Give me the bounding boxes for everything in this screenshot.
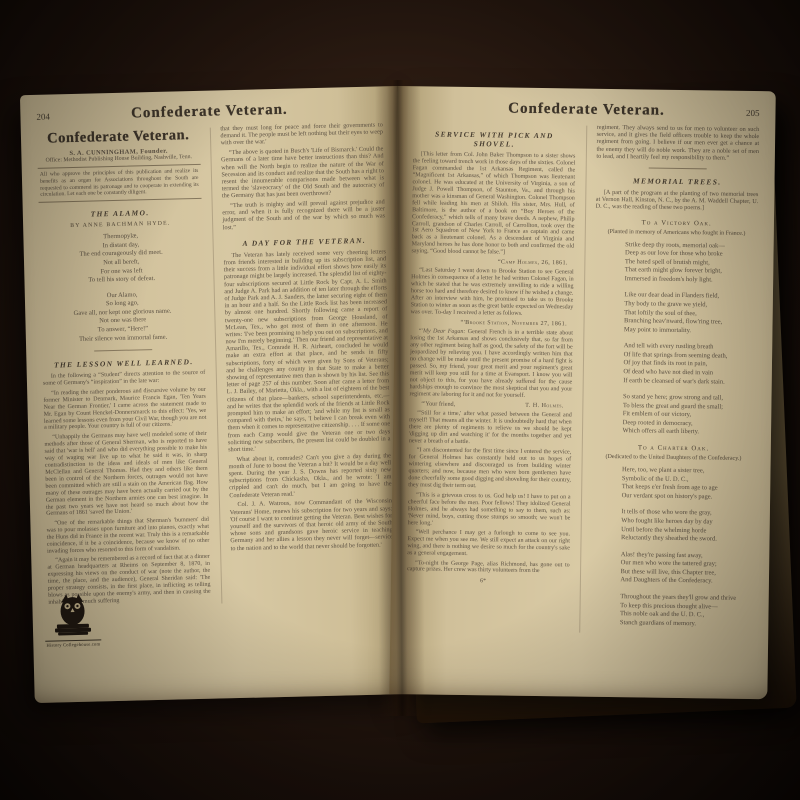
letter-dateline: “'Brooke Station, November 27, 1861.	[410, 319, 567, 327]
alamo-stanza: Our Alamo, So long ago, Gave all, nor ke…	[41, 290, 205, 345]
right-column-1: SERVICE WITH PICK AND SHOVEL. [This lett…	[406, 121, 576, 635]
charter-oak-note: (Dedicated to the United Daughters of th…	[592, 454, 755, 462]
owl-on-books-icon	[51, 592, 94, 639]
right-running-head: Confederate Veteran.	[447, 100, 725, 121]
paragraph: “The truth is mighty and will prevail ag…	[222, 198, 385, 231]
left-running-head: Confederate Veteran.	[70, 100, 348, 124]
editor-intro: [This letter from Col. John Baker Thomps…	[411, 151, 575, 258]
section-divider	[648, 167, 706, 169]
letter-salutation: “'My Dear Fagan:	[418, 328, 465, 335]
charter-oak-stanza: Here, too, we plant a sister tree, Symbo…	[622, 466, 755, 502]
victory-oak-note: (Planted in memory of Americans who foug…	[595, 228, 758, 236]
left-page-number: 204	[36, 111, 70, 122]
letter-paragraph: “To-night the George Page, alias Richmon…	[407, 560, 570, 576]
victory-oak-title: To a Victory Oak.	[595, 218, 758, 227]
day-paragraph: The Veteran has lately received some ver…	[223, 248, 390, 453]
day-paragraph: What about it, comrades? Can't you give …	[228, 452, 392, 499]
day-paragraph: Col. J. A. Watrous, now Commandant of th…	[229, 498, 393, 552]
signature-closing: “'Your friend,	[421, 400, 455, 407]
letter-paragraph: “Last Saturday I went down to Brooke Sta…	[411, 268, 574, 319]
victory-oak-stanza: So stand ye here; grow strong and tall, …	[622, 393, 755, 438]
masthead-notice: All who approve the principles of this p…	[38, 164, 201, 203]
lesson-heading: THE LESSON WELL LEARNED.	[42, 357, 205, 370]
section-divider	[94, 349, 152, 351]
charter-oak-stanza: Alas! they're passing fast away, Our men…	[620, 551, 753, 587]
left-column-1: Confederate Veteran. S. A. CUNNINGHAM, F…	[37, 126, 211, 609]
memorial-trees-intro: [A part of the program at the planting o…	[596, 189, 759, 213]
letter-paragraph: “This is a grievous cross to us. God hel…	[408, 492, 571, 529]
footnote-mark: 6*	[480, 579, 569, 586]
column-rule	[579, 126, 587, 633]
day-for-veteran-heading: A DAY FOR THE VETERAN.	[223, 235, 386, 248]
right-column-2: regiment. They always send to us for men…	[590, 124, 760, 638]
pick-shovel-heading: SERVICE WITH PICK AND SHOVEL.	[413, 129, 576, 149]
letter-body: General French is in a terrible state ab…	[409, 329, 572, 398]
victory-oak-stanza: And tell with every rustling breath Of l…	[623, 342, 756, 387]
alamo-heading: THE ALAMO.	[39, 207, 202, 220]
right-page: Confederate Veteran. 205 SERVICE WITH PI…	[389, 86, 775, 699]
masthead-title: Confederate Veteran.	[37, 127, 200, 148]
letter-dateline: “Camp Holmes, 26, 1861.	[411, 259, 568, 267]
charter-oak-stanza: It tells of those who wore the gray, Who…	[621, 509, 754, 545]
photo-background: 204 Confederate Veteran. Confederate Vet…	[0, 0, 800, 800]
letter-paragraph: “'Still for a time,' after what passed b…	[409, 410, 572, 447]
stamp-caption: History Collegehouse.com	[41, 641, 105, 648]
charter-oak-title: To a Charter Oak.	[592, 444, 755, 453]
charter-oak-stanza: Throughout the years they'll grow and th…	[620, 593, 753, 629]
alamo-byline: BY ANNE BACHMAN HYDE.	[39, 220, 202, 230]
lesson-paragraph: “Unhappily the Germans may have well mod…	[44, 431, 208, 518]
column-rule	[209, 128, 222, 604]
letter-paragraph: “I am discontented for the first time si…	[408, 448, 571, 492]
lesson-paragraph: “One of the remarkable things that Sherm…	[46, 517, 209, 556]
signature-row: “'Your friend, T. H. Holmes.	[409, 400, 572, 409]
right-page-number: 205	[725, 108, 759, 118]
victory-oak-stanza: Strike deep thy roots, memorial oak— Dee…	[625, 241, 758, 286]
paragraph: “The above is quoted in Busch's 'Life of…	[221, 146, 385, 200]
owl-stamp: History Collegehouse.com	[40, 591, 105, 648]
left-page: 204 Confederate Veteran. Confederate Vet…	[20, 86, 413, 703]
lesson-paragraph: “In reading the rather ponderous and dis…	[43, 386, 206, 432]
lesson-paragraph: In the following a “Student” directs att…	[43, 370, 206, 388]
continued-paragraph: regiment. They always send to us for men…	[596, 124, 759, 162]
continued-paragraph: that they must long for peace and force …	[220, 121, 383, 147]
memorial-trees-heading: MEMORIAL TREES.	[596, 176, 759, 187]
spacer	[348, 111, 382, 112]
signature-name: T. H. Holmes.	[525, 402, 564, 410]
alamo-stanza: Thermopylæ, In distant day, The end cour…	[39, 231, 203, 286]
letter-paragraph: “'My Dear Fagan: General French is in a …	[409, 328, 572, 400]
open-book: 204 Confederate Veteran. Confederate Vet…	[20, 83, 780, 710]
letter-paragraph: “Well perchance I may get a furlough to …	[407, 529, 570, 559]
left-column-2: that they must long for peace and force …	[220, 121, 394, 604]
victory-oak-stanza: Like our dear dead in Flanders field, Th…	[624, 292, 757, 337]
